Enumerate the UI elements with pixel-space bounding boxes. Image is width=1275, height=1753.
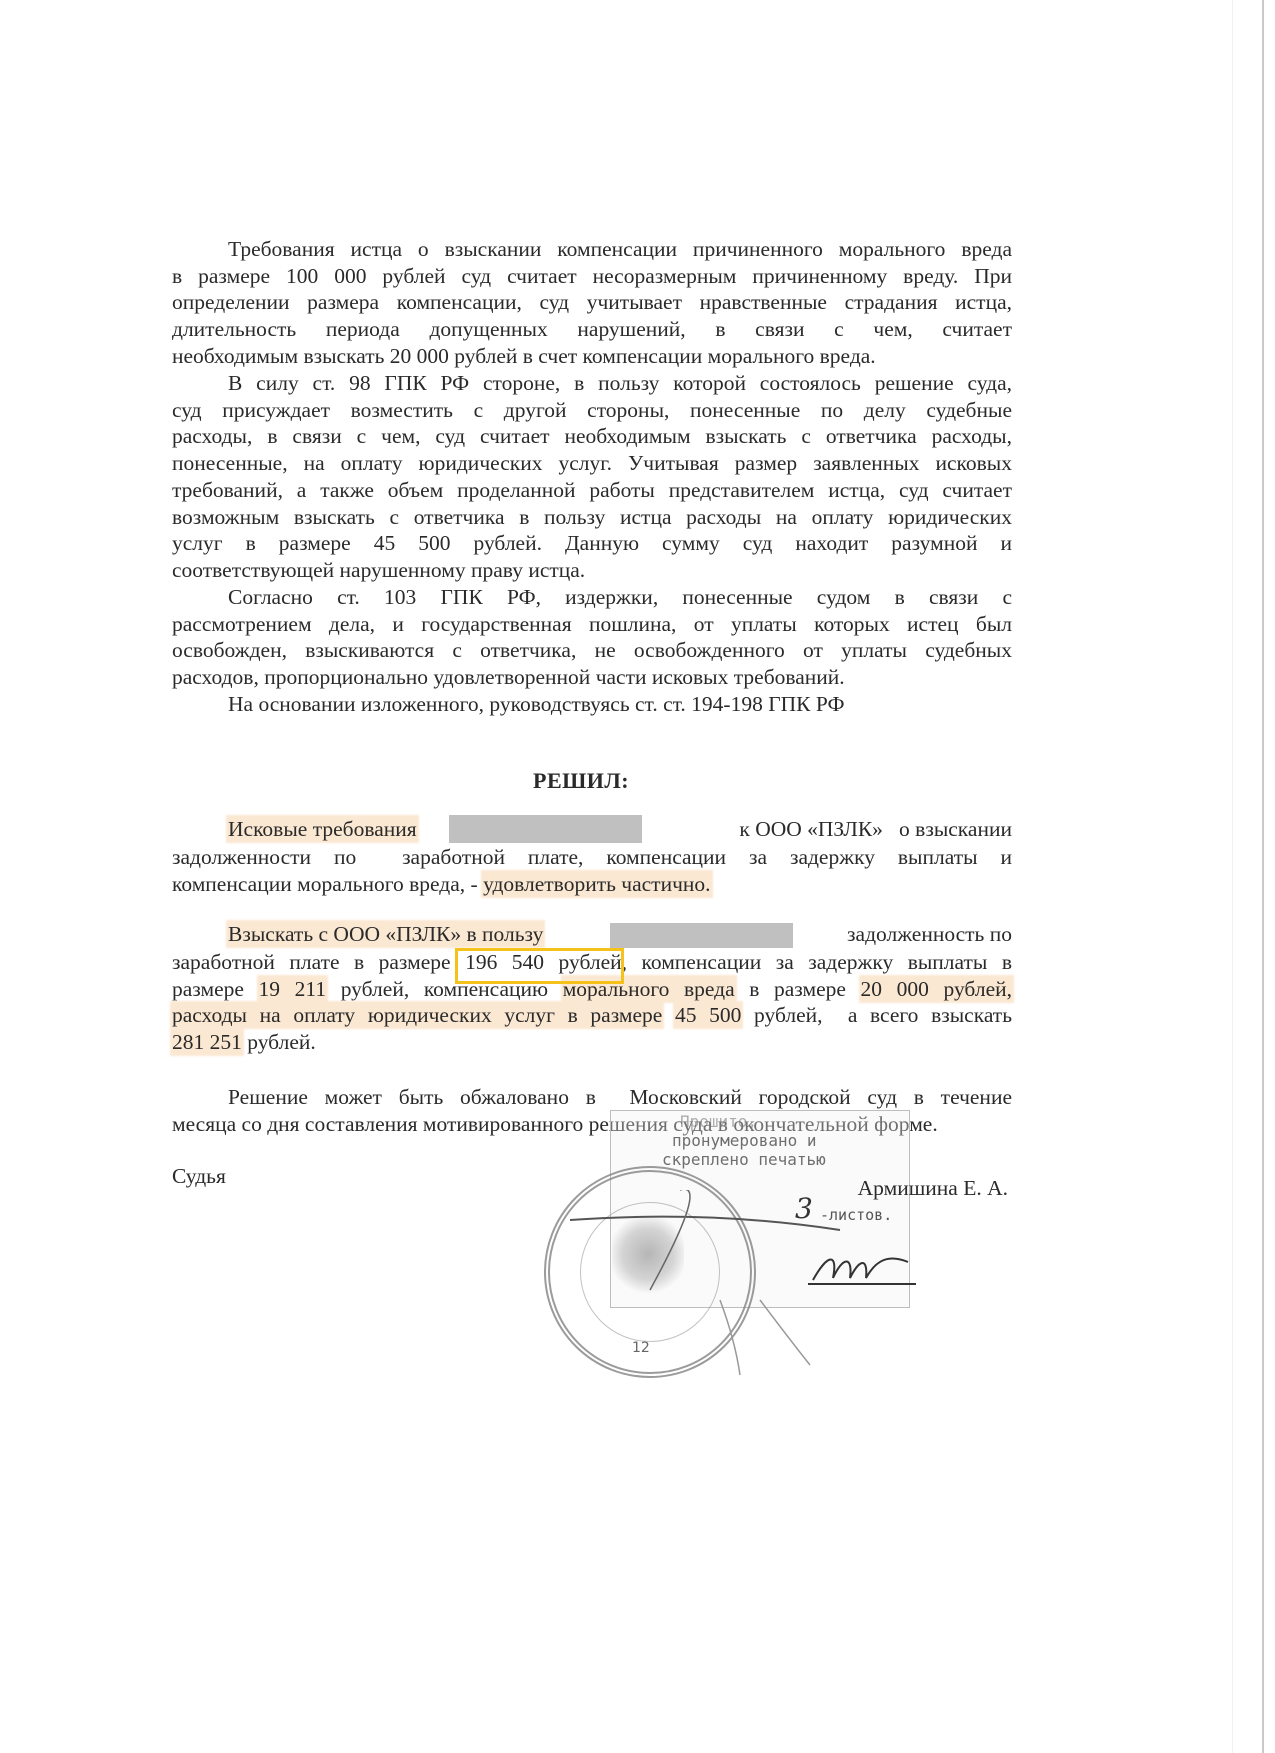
paragraph-moral-damages: Требования истца о взыскании компенсации… [172, 236, 1012, 370]
text-line: рассмотрением дела, и государственная по… [172, 611, 1012, 638]
pen-strokes-icon [560, 1190, 920, 1380]
judge-label: Судья [172, 1164, 226, 1189]
redacted-plaintiff-name-2 [610, 923, 793, 948]
text-line: В силу ст. 98 ГПК РФ стороне, в пользу к… [172, 370, 1012, 397]
moral-damages-amount: 20 000 рублей, [861, 977, 1012, 1001]
text-line: определении размера компенсации, суд учи… [172, 289, 1012, 316]
text-line: длительность периода допущенных нарушени… [172, 316, 1012, 343]
decision-1-body: задолженности по заработной плате, компе… [172, 844, 1012, 897]
text-line: услуг в размере 45 500 рублей. Данную су… [172, 530, 1012, 557]
text-line: в размере 100 000 рублей суд считает нес… [172, 263, 1012, 290]
page-edge-faint [1232, 0, 1233, 1753]
text-line: необходимым взыскать 20 000 рублей в сче… [172, 343, 1012, 370]
text-line: понесенные, на оплату юридических услуг.… [172, 450, 1012, 477]
stamp-text-line-1: Прошито, [680, 1112, 757, 1131]
text-line: На основании изложенного, руководствуясь… [172, 691, 1012, 718]
text-line: компенсации морального вреда, - удовлетв… [172, 871, 1012, 898]
text-line: суд присуждает возместить с другой сторо… [172, 397, 1012, 424]
text-line: расходы на оплату юридических услуг в ра… [172, 1002, 1012, 1029]
stamp-text-line-3: скреплено печатью [662, 1150, 826, 1169]
text-line: 281 251 рублей. [172, 1029, 1012, 1056]
stamp-text-line-2: пронумеровано и [672, 1131, 817, 1150]
text-line: соответствующей нарушенному праву истца. [172, 557, 1012, 584]
text-line: Требования истца о взыскании компенсации… [172, 236, 1012, 263]
redacted-plaintiff-name [449, 815, 642, 843]
text-line: расходов, пропорционально удовлетворенно… [172, 664, 1012, 691]
text-line: расходы, в связи с чем, суд считает необ… [172, 423, 1012, 450]
text-line: возможным взыскать с ответчика в пользу … [172, 504, 1012, 531]
text-line: задолженности по заработной плате, компе… [172, 844, 1012, 871]
judge-name: Армишина Е. А. [842, 1176, 1008, 1201]
decision-1-line-1a: Исковые требования [228, 817, 417, 842]
paragraph-legal-costs: В силу ст. 98 ГПК РФ стороне, в пользу к… [172, 370, 1012, 584]
partial-satisfaction-text: удовлетворить частично. [483, 872, 710, 896]
total-amount: 281 251 [172, 1030, 242, 1054]
decision-2-line-1a: Взыскать с ООО «ПЗЛК» в пользу [228, 922, 543, 947]
decision-heading: РЕШИЛ: [533, 768, 629, 794]
text-line: Решение может быть обжаловано в Московск… [172, 1084, 1012, 1111]
paragraph-state-duty: Согласно ст. 103 ГПК РФ, издержки, понес… [172, 584, 1012, 691]
paragraph-grounds: На основании изложенного, руководствуясь… [172, 691, 1012, 718]
text-line: освобожден, взыскиваются с ответчика, не… [172, 637, 1012, 664]
decision-2-line-1b: задолженность по [820, 922, 1012, 947]
delay-compensation-amount: 19 211 [259, 977, 327, 1001]
text-line: Согласно ст. 103 ГПК РФ, издержки, понес… [172, 584, 1012, 611]
page-edge [1262, 0, 1264, 1753]
legal-costs-amount: 45 500 [675, 1003, 741, 1027]
text-line: требований, а также объем проделанной ра… [172, 477, 1012, 504]
amount-highlight-box [455, 948, 624, 984]
decision-1-line-1b: к ООО «ПЗЛК» о взыскании [672, 817, 1012, 842]
